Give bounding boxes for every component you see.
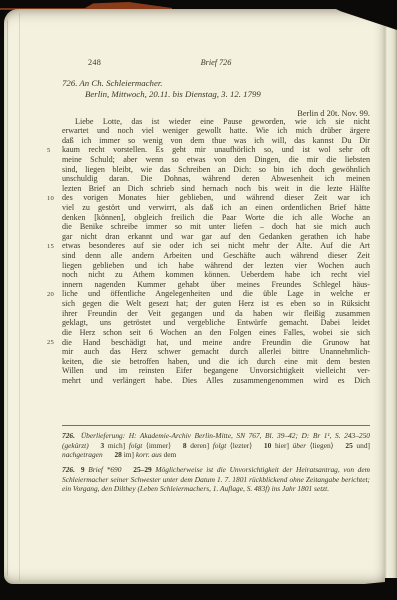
- body-line-text: viel zu gestört und verwirrt, als daß ic…: [62, 203, 370, 213]
- commentary-entry: 726.: [62, 465, 75, 474]
- body-line-text: sich gegen die Welt gesezt hat; der gute…: [62, 299, 370, 309]
- body-line: die Benike schreibe immer so mit unter l…: [62, 222, 370, 232]
- apparatus-variants: 726.Überlieferung: H: Akademie-Archiv Be…: [62, 431, 370, 460]
- body-line: lezten Brief an Dich schrieb sind hernac…: [62, 184, 370, 194]
- body-line-text: die Herz schon seit 6 Wochen an den Folg…: [62, 328, 370, 338]
- letter-heading: 726. An Ch. Schleiermacher. Berlin, Mitt…: [62, 78, 370, 100]
- commentary-entry: 9 Brief *690: [81, 465, 122, 474]
- body-line-text: liche und öffentliche Angelegenheiten un…: [62, 289, 370, 299]
- book-scan-background: { "page": { "page_number": "248", "runni…: [0, 0, 397, 600]
- body-line: Willen und im reinsten Eifer begangene U…: [62, 366, 370, 376]
- body-line: denken [können], obgleich freilich die P…: [62, 213, 370, 223]
- body-line: sich gegen die Welt gesezt hat; der gute…: [62, 299, 370, 309]
- body-line: 20liche und öffentliche Angelegenheiten …: [62, 289, 370, 299]
- body-line: noch nicht zu Athem kommen können. Ueber…: [62, 270, 370, 280]
- book-page: 248 Brief 726 726. An Ch. Schleiermacher…: [4, 9, 385, 584]
- letter-body: Liebe Lotte, das ist wieder eine Pause g…: [62, 117, 370, 386]
- body-line-text: ihrer Freundin der Veit gegangen und da …: [62, 309, 370, 319]
- body-line-text: innern nagenden Kummer gehabt über meine…: [62, 280, 370, 290]
- running-header: 248 Brief 726: [62, 58, 370, 68]
- body-line: 25die Hand beschädigt hat, und meine and…: [62, 338, 370, 348]
- apparatus-entry: 8 deren] folgt ⟨lezter⟩: [183, 441, 252, 450]
- line-number: 20: [47, 290, 57, 300]
- body-line: meine Schuld; aber wenn so etwas von den…: [62, 155, 370, 165]
- apparatus-entry: 10 hier] über ⟨liegen⟩: [264, 441, 334, 450]
- body-line-text: die Benike schreibe immer so mit unter l…: [62, 222, 370, 232]
- footnote-separator-rule: [62, 425, 370, 426]
- apparatus-entry: 28 im] korr. aus dem: [114, 450, 176, 459]
- letter-title-line2: Berlin, Mittwoch, 20.11. bis Dienstag, 3…: [62, 89, 370, 100]
- body-line-text: liegen geblieben und ich habe während de…: [62, 261, 370, 271]
- body-line-text: denken [können], obgleich freilich die P…: [62, 213, 370, 223]
- body-line: innern nagenden Kummer gehabt über meine…: [62, 280, 370, 290]
- body-line-text: noch nicht zu Athem kommen können. Ueber…: [62, 270, 370, 280]
- body-line: die Herz schon seit 6 Wochen an den Folg…: [62, 328, 370, 338]
- body-line: unschuldig daran. Die Dohnas, während de…: [62, 174, 370, 184]
- body-line: gar nicht dran erkannt und war gar auf d…: [62, 232, 370, 242]
- body-line-text: keiten, die sie betroffen haben, und die…: [62, 357, 370, 367]
- body-line: Liebe Lotte, das ist wieder eine Pause g…: [62, 117, 370, 127]
- body-line: keiten, die sie betroffen haben, und die…: [62, 357, 370, 367]
- line-number: 5: [47, 146, 57, 156]
- body-line-text: unschuldig daran. Die Dohnas, während de…: [62, 174, 370, 184]
- body-line: 5kaum recht vorstellen. Es geht mir unau…: [62, 145, 370, 155]
- apparatus-entry: 3 mich] folgt ⟨immer⟩: [101, 441, 172, 450]
- body-line: daß ich immer so wenig von dem thue was …: [62, 136, 370, 146]
- body-line: 15etwas besonderes auf sie oder ich sei …: [62, 241, 370, 251]
- letter-title-line1: 726. An Ch. Schleiermacher.: [62, 78, 370, 89]
- body-line-text: daß ich immer so wenig von dem thue was …: [62, 136, 370, 146]
- body-line-text: kaum recht vorstellen. Es geht mir unauf…: [62, 145, 370, 155]
- body-line-text: die Hand beschädigt hat, und meine andre…: [62, 338, 370, 348]
- body-line: liegen geblieben und ich habe während de…: [62, 261, 370, 271]
- body-line: sind denn alle andern Arbeiten und Gesch…: [62, 251, 370, 261]
- line-number: 10: [47, 194, 57, 204]
- body-line: geklagt, uns getröstet und vergebliche E…: [62, 318, 370, 328]
- body-line-text: erwartet und noch viel weniger gewollt h…: [62, 126, 370, 136]
- body-line-text: Willen und im reinsten Eifer begangene U…: [62, 366, 370, 376]
- body-line-text: lezten Brief an Dich schrieb sind hernac…: [62, 184, 370, 194]
- body-line-text: geklagt, uns getröstet und vergebliche E…: [62, 318, 370, 328]
- body-line-text: sind denn alle andern Arbeiten und Gesch…: [62, 251, 370, 261]
- body-line-text: gar nicht dran erkannt und war gar auf d…: [62, 232, 370, 242]
- body-line-text: des vorigen Monates hier geblieben, und …: [62, 193, 370, 203]
- page-stack-fore-edge: [384, 22, 397, 578]
- line-number: 25: [47, 338, 57, 348]
- body-line-text: mir auch das Herz schwer gemacht durch a…: [62, 347, 370, 357]
- body-line: mehrt und verlängert habe. Dies Alles zu…: [62, 376, 370, 386]
- page-number: 248: [88, 58, 101, 67]
- body-line: viel zu gestört und verwirrt, als daß ic…: [62, 203, 370, 213]
- body-line-text: meine Schuld; aber wenn so etwas von den…: [62, 155, 370, 165]
- body-line-text: mehrt und verlängert habe. Dies Alles zu…: [62, 376, 370, 386]
- body-line: erwartet und noch viel weniger gewollt h…: [62, 126, 370, 136]
- running-head: Brief 726: [201, 58, 232, 68]
- body-line: ihrer Freundin der Veit gegangen und da …: [62, 309, 370, 319]
- line-number: 15: [47, 242, 57, 252]
- body-line: mir auch das Herz schwer gemacht durch a…: [62, 347, 370, 357]
- body-line: 10des vorigen Monates hier geblieben, un…: [62, 193, 370, 203]
- apparatus-commentary: 726.9 Brief *69025–29 Möglicherweise ist…: [62, 465, 370, 494]
- apparatus-entry: 726.: [62, 431, 75, 440]
- body-line-text: etwas besonderes auf sie oder ich sei ni…: [62, 241, 370, 251]
- body-line-text: Liebe Lotte, das ist wieder eine Pause g…: [62, 117, 370, 127]
- body-line: sind, liegen bleibt, wie das Schreiben a…: [62, 165, 370, 175]
- body-line-text: sind, liegen bleibt, wie das Schreiben a…: [62, 165, 370, 175]
